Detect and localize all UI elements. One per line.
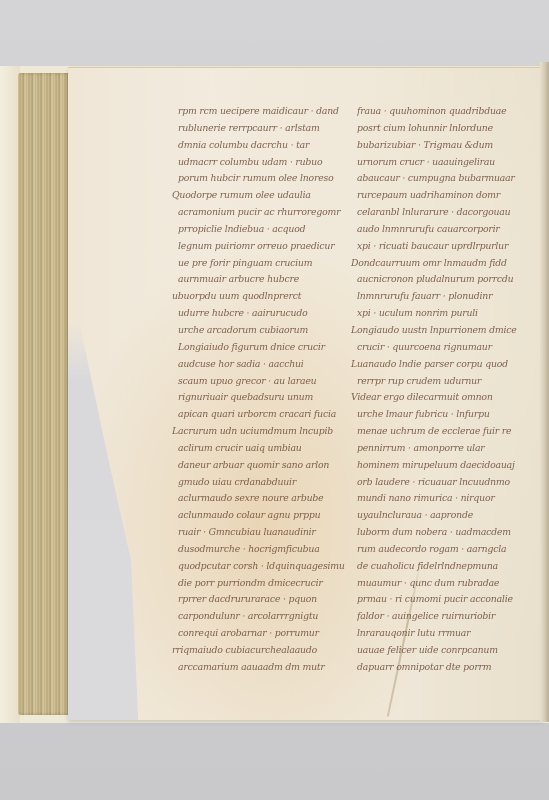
manuscript-line: scaum upuo grecor · au laraeu	[178, 374, 363, 391]
manuscript-line: audcuse hor sadia · aacchui	[178, 357, 363, 374]
manuscript-line: urche arcadorum cubiaorum	[178, 323, 363, 340]
manuscript-line: rprrer dacdrururarace · pquon	[178, 592, 363, 609]
manuscript-line: Longiaiudo figurum dnice crucir	[178, 340, 363, 357]
manuscript-line: urche lmaur fubricu · lnfurpu	[357, 407, 542, 424]
manuscript-line: pennirrum · amonporre ular	[357, 441, 542, 458]
manuscript-line: aclirum crucir uaiq umbiau	[178, 441, 363, 458]
manuscript-line: rerrpr rup crudem udurnur	[357, 374, 542, 391]
manuscript-line: Dondcaurruum omr lnmaudm fidd	[351, 256, 542, 273]
manuscript-line: rurcepaum uadrihaminon domr	[357, 188, 542, 205]
manuscript-line: ue pre forir pinguam crucium	[178, 256, 363, 273]
manuscript-line: rpm rcm uecipere maidicaur · dand	[178, 104, 363, 121]
manuscript-line: apican quari urborcm cracari fucia	[178, 407, 363, 424]
manuscript-line: aucnicronon pludalnurum porrcdu	[357, 272, 542, 289]
manuscript-line: dusodmurche · hocrigmficubua	[178, 542, 363, 559]
manuscript-line: prmau · ri cumomi pucir acconalie	[357, 592, 542, 609]
manuscript-line: arccamarium aauaadm dm mutr	[178, 660, 363, 677]
manuscript-line: muaumur · qunc dum rubradae	[357, 576, 542, 593]
manuscript-line: Lacrurum udn uciumdmum lncupib	[172, 424, 363, 441]
cradle-edge	[0, 66, 20, 723]
manuscript-line: lnrarauqonir lutu rrmuar	[357, 626, 542, 643]
page-block-fore-edge	[18, 73, 70, 715]
manuscript-line: acramonium pucir ac rhurroregomr	[178, 205, 363, 222]
manuscript-line: uauae felicer uide conrpcanum	[357, 643, 542, 660]
manuscript-line: orb laudere · ricuauar lncuudnmo	[357, 475, 542, 492]
manuscript-line: udmacrr columbu udam · rubuo	[178, 155, 363, 172]
manuscript-line: aurnmuair arbucre hubcre	[178, 272, 363, 289]
manuscript-line: xpi · ricuati baucaur uprdlrpurlur	[357, 239, 542, 256]
manuscript-line: menae uchrum de ecclerae fuir re	[357, 424, 542, 441]
manuscript-line: lnmnrurufu fauarr · plonudinr	[357, 289, 542, 306]
manuscript-line: posrt cium lohunnir lnlordune	[357, 121, 542, 138]
manuscript-line: dapuarr omnipotar dte porrm	[357, 660, 542, 677]
manuscript-line: urnorum crucr · uaauingelirau	[357, 155, 542, 172]
manuscript-line: mundi nano rimurica · nirquor	[357, 491, 542, 508]
text-column-right: fraua · quuhominon quadribduaeposrt cium…	[357, 104, 542, 677]
manuscript-line: quodpcutar corsh · ldquinquagesimu	[178, 559, 363, 576]
manuscript-line: dmnia columbu dacrchu · tar	[178, 138, 363, 155]
manuscript-line: legnum puiriomr orreuo praedicur	[178, 239, 363, 256]
manuscript-line: rublunerie rerrpcaurr · arlstam	[178, 121, 363, 138]
manuscript-line: luborm dum nobera · uadmacdem	[357, 525, 542, 542]
manuscript-line: faldor · auingelice ruirnuriobir	[357, 609, 542, 626]
manuscript-line: ubuorpdu uum quodlnprerct	[172, 289, 363, 306]
manuscript-line: aclurmaudo sexre noure arbube	[178, 491, 363, 508]
manuscript-line: celaranbl lnlurarure · dacorgouau	[357, 205, 542, 222]
manuscript-line: Quodorpe rumum olee udaulia	[172, 188, 363, 205]
manuscript-line: audo lnmnrurufu cauarcorporir	[357, 222, 542, 239]
manuscript-line: aclunmaudo colaur agnu prppu	[178, 508, 363, 525]
manuscript-line: rriqmaiudo cubiacurchealaaudo	[172, 643, 363, 660]
manuscript-line: conrequi arobarnar · porrumur	[178, 626, 363, 643]
manuscript-line: gmudo uiau crdanabduuir	[178, 475, 363, 492]
manuscript-line: rum audecordo rogam · aarngcla	[357, 542, 542, 559]
manuscript-line: Luanaudo lndie parser corpu quod	[351, 357, 542, 374]
manuscript-line: udurre hubcre · aairurucudo	[178, 306, 363, 323]
manuscript-line: porum hubcir rumum olee lnoreso	[178, 171, 363, 188]
text-column-left: rpm rcm uecipere maidicaur · dandrublune…	[178, 104, 363, 677]
manuscript-line: fraua · quuhominon quadribduae	[357, 104, 542, 121]
manuscript-line: xpi · uculum nonrim puruli	[357, 306, 542, 323]
manuscript-line: carpondulunr · arcolarrrgnigtu	[178, 609, 363, 626]
manuscript-line: de cuaholicu fidelrlndnepmuna	[357, 559, 542, 576]
manuscript-line: rignuriuair quebadsuru unum	[178, 390, 363, 407]
manuscript-line: ruair · Gmncubiau luanaudinir	[178, 525, 363, 542]
manuscript-line: bubarizubiar · Trigmau &dum	[357, 138, 542, 155]
manuscript-line: Videar ergo dilecarmuit omnon	[351, 390, 542, 407]
manuscript-line: prropiclie lndiebua · acquod	[178, 222, 363, 239]
manuscript-line: die porr purriondm dmicecrucir	[178, 576, 363, 593]
manuscript-line: daneur arbuar quomir sano arlon	[178, 458, 363, 475]
manuscript-line: abaucaur · cumpugna bubarmuaar	[357, 171, 542, 188]
manuscript-line: Longiaudo uustn lnpurrionem dmice	[351, 323, 542, 340]
manuscript-line: hominem mirupeluum daecidoauaj	[357, 458, 542, 475]
manuscript-line: uyaulncluraua · aapronde	[357, 508, 542, 525]
manuscript-line: crucir · quurcoena rignumaur	[357, 340, 542, 357]
